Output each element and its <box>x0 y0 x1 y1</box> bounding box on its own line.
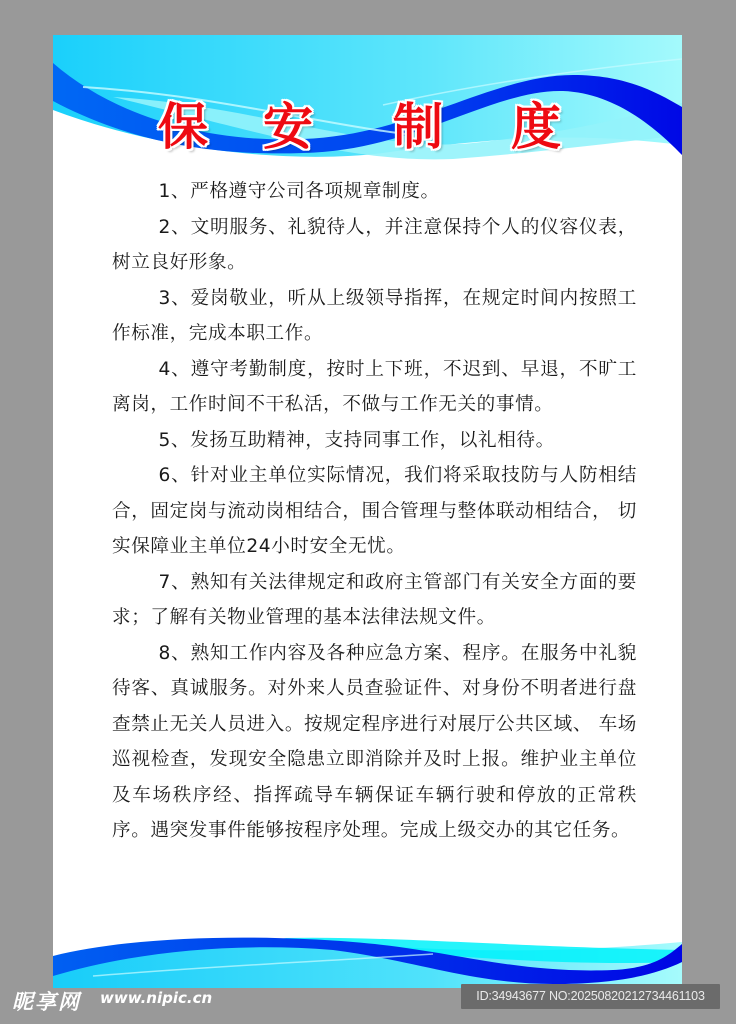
watermark-url: www.nipic.cn <box>100 989 212 1007</box>
rule-item: 3、爱岗敬业，听从上级领导指挥，在规定时间内按照工作标准，完成本职工作。 <box>112 281 637 352</box>
watermark-id-badge: ID:34943677 NO:20250820212734461103 <box>461 984 720 1009</box>
rule-item: 5、发扬互助精神，支持同事工作，以礼相待。 <box>112 423 637 459</box>
rules-list: 1、严格遵守公司各项规章制度。 2、文明服务、礼貌待人，并注意保持个人的仪容仪表… <box>112 174 637 849</box>
watermark-logo: 昵享网 <box>12 986 81 1016</box>
rule-item: 2、文明服务、礼貌待人，并注意保持个人的仪容仪表，树立良好形象。 <box>112 210 637 281</box>
bottom-wave-decoration <box>53 936 682 988</box>
title-char: 度 <box>511 95 561 159</box>
rule-item: 6、针对业主单位实际情况，我们将采取技防与人防相结合，固定岗与流动岗相结合，围合… <box>112 458 637 565</box>
rule-item: 1、严格遵守公司各项规章制度。 <box>112 174 637 210</box>
rule-item: 8、熟知工作内容及各种应急方案、程序。在服务中礼貌待客、真诚服务。对外来人员查验… <box>112 636 637 849</box>
poster-board: 保 安 制 度 1、严格遵守公司各项规章制度。 2、文明服务、礼貌待人，并注意保… <box>53 35 682 988</box>
poster-title: 保 安 制 度 <box>53 95 682 165</box>
title-char: 制 <box>393 95 443 159</box>
title-char: 保 <box>158 95 208 159</box>
title-char: 安 <box>263 95 313 159</box>
rule-item: 4、遵守考勤制度，按时上下班，不迟到、早退，不旷工离岗，工作时间不干私活，不做与… <box>112 352 637 423</box>
rule-item: 7、熟知有关法律规定和政府主管部门有关安全方面的要求；了解有关物业管理的基本法律… <box>112 565 637 636</box>
